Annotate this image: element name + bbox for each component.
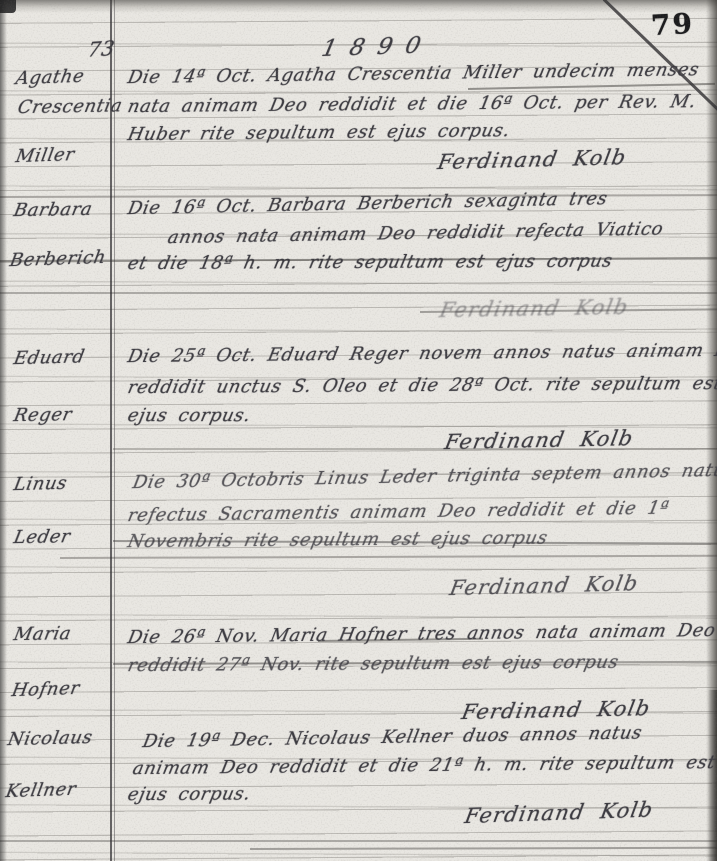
page-number: 79 xyxy=(650,7,695,42)
record-number: 73 xyxy=(86,36,116,62)
entry-text-line: ejus corpus. xyxy=(126,405,253,426)
priest-signature: Ferdinand Kolb xyxy=(463,797,656,828)
margin-name-line: Agathe xyxy=(14,66,86,90)
ruled-line xyxy=(250,847,717,850)
entry-text-line: Die 30ª Octobris Linus Leder triginta se… xyxy=(131,459,717,493)
priest-signature: Ferdinand Kolb xyxy=(436,145,629,174)
priest-signature: Ferdinand Kolb xyxy=(448,571,641,600)
ruled-line xyxy=(60,555,717,559)
margin-name-line: Eduard xyxy=(12,346,87,369)
scan-edge-bottom-right xyxy=(708,690,717,861)
scan-edge-top xyxy=(0,0,717,13)
entry-text-line: et die 18ª h. m. rite sepultum est ejus … xyxy=(126,250,615,274)
entry-text-line: Huber rite sepultum est ejus corpus. xyxy=(126,120,512,145)
ruled-line xyxy=(0,840,717,842)
entry-text-line: animam Deo reddidit et die 21ª h. m. rit… xyxy=(131,752,717,779)
priest-signature: Ferdinand Kolb xyxy=(460,696,653,724)
entry-text-line: Die 14ª Oct. Agatha Crescentia Miller un… xyxy=(126,59,701,88)
margin-name-line: Maria xyxy=(12,623,73,645)
margin-name-line: Hofner xyxy=(10,678,81,702)
priest-signature: Ferdinand Kolb xyxy=(438,295,631,322)
entry-text-line: nata animam Deo reddidit et die 16ª Oct.… xyxy=(126,91,698,117)
margin-name-line: Barbara xyxy=(12,199,94,221)
scan-edge-right xyxy=(706,0,717,861)
strikethrough-line xyxy=(468,83,715,90)
entry-text-line: Die 19ª Dec. Nicolaus Kellner duos annos… xyxy=(141,722,644,752)
margin-name-line: Berberich xyxy=(8,247,108,271)
margin-name-line: Nicolaus xyxy=(6,727,94,750)
register-page-scan: 79 73 1890 Agathe Crescentia Miller Die … xyxy=(0,0,717,861)
scan-corner-blob xyxy=(0,0,16,13)
margin-rule xyxy=(110,0,112,861)
margin-name-line: Crescentia xyxy=(16,95,124,118)
year-heading: 1890 xyxy=(319,32,436,62)
margin-rule xyxy=(114,0,115,861)
margin-name-line: Reger xyxy=(12,404,74,426)
entry-text-line: Die 26ª Nov. Maria Hofner tres annos nat… xyxy=(126,620,717,648)
entry-text-line: Die 25ª Oct. Eduard Reger novem annos na… xyxy=(126,339,717,367)
entry-text-line: Die 16ª Oct. Barbara Berberich sexaginta… xyxy=(126,188,610,219)
entry-text-line: reddidit unctus S. Oleo et die 28ª Oct. … xyxy=(126,373,717,398)
entry-text-line: refectus Sacramentis animam Deo reddidit… xyxy=(126,497,671,526)
scan-edge-left xyxy=(0,0,7,861)
margin-name-line: Leder xyxy=(12,526,72,548)
margin-name-line: Miller xyxy=(14,144,76,167)
entry-text-line: annos nata animam Deo reddidit refecta V… xyxy=(166,218,665,248)
margin-name-line: Kellner xyxy=(4,778,78,802)
ruled-line xyxy=(0,292,717,294)
entry-text-line: ejus corpus. xyxy=(126,783,253,805)
priest-signature: Ferdinand Kolb xyxy=(443,426,636,454)
entry-text-line: reddidit 27ª Nov. rite sepultum est ejus… xyxy=(126,652,621,676)
margin-name-line: Linus xyxy=(12,473,69,496)
entry-text-line: Novembris rite sepultum est ejus corpus xyxy=(126,527,550,552)
